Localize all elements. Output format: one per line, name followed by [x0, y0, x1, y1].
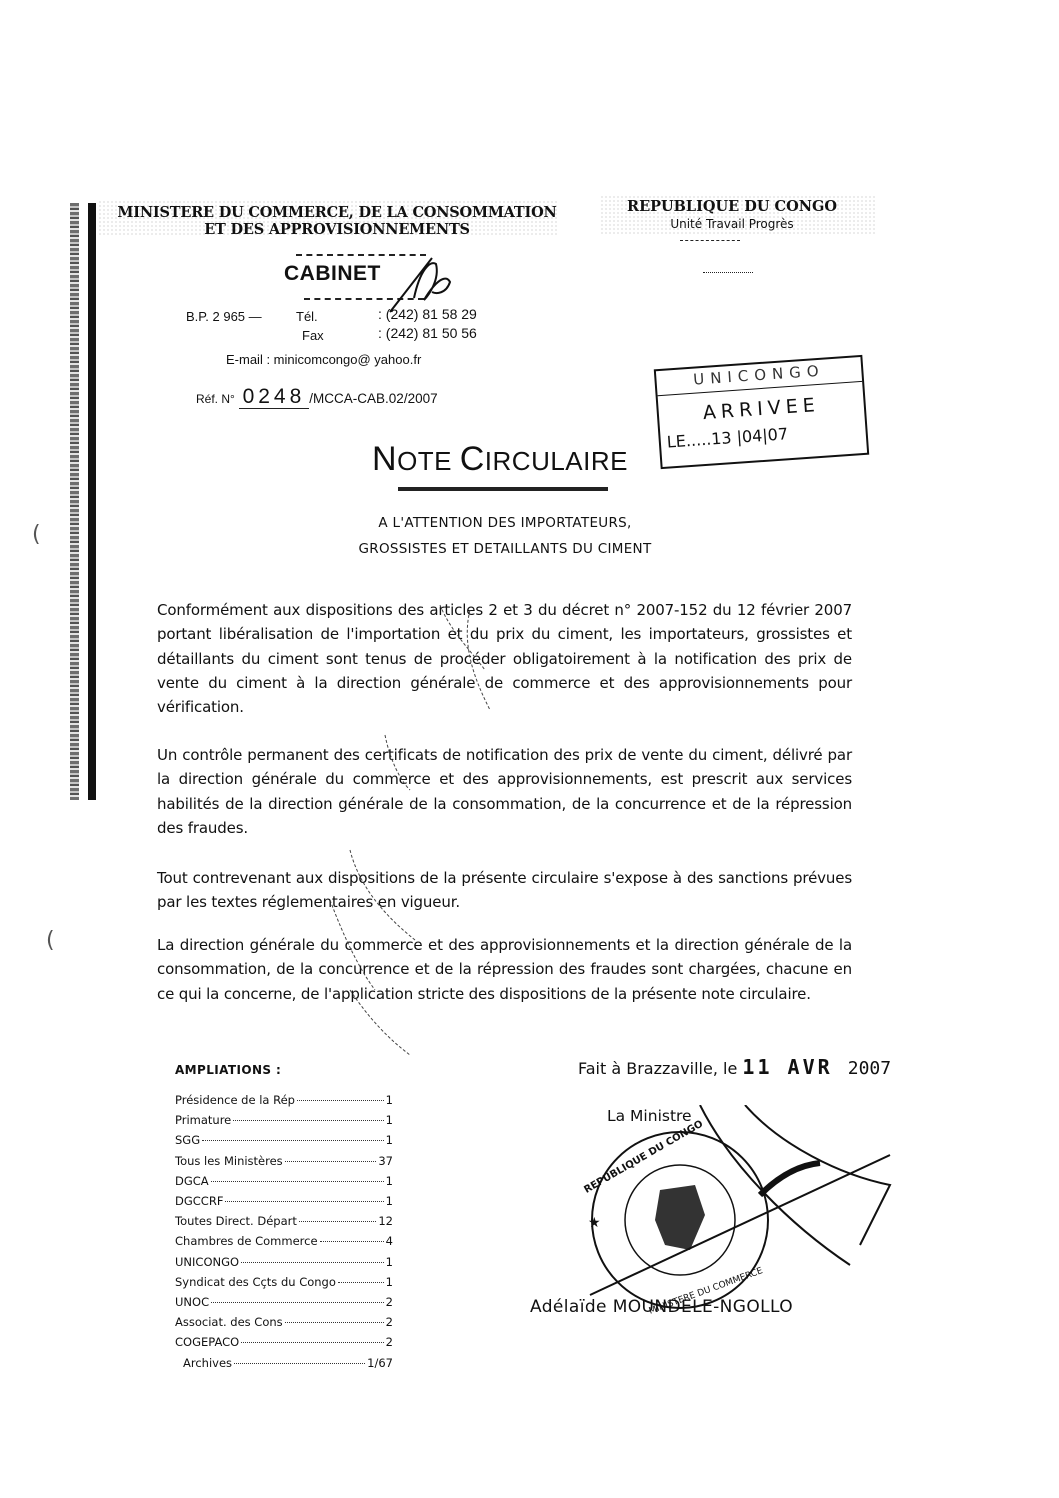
tel-label: Tél.	[296, 309, 318, 324]
ampliation-recipient: Chambres de Commerce	[175, 1231, 318, 1251]
ampliation-row: DGCA1	[175, 1171, 393, 1191]
ampliation-recipient: SGG	[175, 1130, 200, 1150]
ampliation-count: 1	[386, 1090, 393, 1110]
punch-hole-mark: (	[32, 522, 41, 547]
ampliation-recipient: Tous les Ministères	[175, 1151, 283, 1171]
leader-dots	[211, 1181, 384, 1182]
leader-dots	[285, 1322, 384, 1323]
fax-value: : (242) 81 50 56	[378, 325, 477, 341]
leader-dots	[234, 1363, 365, 1364]
svg-text:★: ★	[588, 1215, 601, 1231]
ampliation-row: Syndicat des Cçts du Congo1	[175, 1272, 393, 1292]
ampliation-row: SGG1	[175, 1130, 393, 1150]
attention-line-2: GROSSISTES ET DETAILLANTS DU CIMENT	[245, 536, 765, 562]
attention-line-1: A L'ATTENTION DES IMPORTATEURS,	[245, 510, 765, 536]
punch-hole-mark: (	[46, 928, 55, 953]
signing-year: 2007	[848, 1058, 891, 1079]
ministry-line-1: MINISTERE DU COMMERCE, DE LA CONSOMMATIO…	[112, 204, 562, 221]
republic-heading: REPUBLIQUE DU CONGO	[612, 199, 852, 215]
ampliation-recipient: Primature	[175, 1110, 231, 1130]
postal-box: B.P. 2 965 —	[186, 309, 262, 324]
ampliation-row: Archives1/67	[175, 1353, 393, 1373]
leader-dots	[241, 1262, 384, 1263]
svg-text:REPUBLIQUE DU CONGO: REPUBLIQUE DU CONGO	[582, 1119, 705, 1196]
ampliation-row: COGEPACO2	[175, 1332, 393, 1352]
motto-underline	[680, 240, 740, 241]
place-label: Fait à Brazzaville, le	[578, 1059, 737, 1078]
ampliation-count: 1	[386, 1191, 393, 1211]
title-initial-c: C	[460, 440, 485, 478]
place-date: Fait à Brazzaville, le 11 AVR 2007	[578, 1055, 891, 1079]
email-address: E-mail : minicomcongo@ yahoo.fr	[226, 352, 421, 367]
title-initial-n: N	[372, 440, 397, 478]
title-word-circulaire: IRCULAIRE	[485, 446, 628, 476]
ampliation-count: 1	[386, 1110, 393, 1130]
cabinet-label: CABINET	[284, 262, 381, 286]
ampliation-recipient: DGCCRF	[175, 1191, 223, 1211]
ampliation-count: 1	[386, 1171, 393, 1191]
ampliation-recipient: COGEPACO	[175, 1332, 239, 1352]
ampliation-recipient: Toutes Direct. Départ	[175, 1211, 297, 1231]
ampliation-recipient: Présidence de la Rép	[175, 1090, 295, 1110]
ampliation-recipient: Syndicat des Cçts du Congo	[175, 1272, 336, 1292]
scan-border-strip	[70, 203, 79, 800]
fax-label: Fax	[302, 328, 324, 343]
stamp-org: UNICONGO	[656, 359, 862, 396]
document-title: NOTE CIRCULAIRE	[300, 440, 700, 479]
ampliation-count: 1	[386, 1272, 393, 1292]
ampliation-row: Toutes Direct. Départ12	[175, 1211, 393, 1231]
ampliation-count: 37	[378, 1151, 393, 1171]
ref-prefix: Réf. N°	[196, 392, 235, 406]
title-underline	[398, 487, 608, 491]
ampliation-count: 1	[386, 1252, 393, 1272]
ampliation-count: 2	[386, 1312, 393, 1332]
leader-dots	[320, 1241, 384, 1242]
scan-border-bar	[88, 203, 96, 800]
ref-number: 0248	[239, 385, 310, 409]
ampliation-count: 1/67	[367, 1353, 393, 1373]
ampliation-recipient: Associat. des Cons	[175, 1312, 283, 1332]
ampliation-row: Présidence de la Rép1	[175, 1090, 393, 1110]
ministry-line-2: ET DES APPROVISIONNEMENTS	[112, 221, 562, 238]
ampliations-list: Présidence de la Rép1Primature1SGG1Tous …	[175, 1090, 393, 1373]
leader-dots	[241, 1342, 383, 1343]
ampliation-row: Chambres de Commerce4	[175, 1231, 393, 1251]
ref-suffix: /MCCA-CAB.02/2007	[309, 391, 437, 406]
ampliation-row: UNOC2	[175, 1292, 393, 1312]
leader-dots	[202, 1140, 384, 1141]
ampliations-title: AMPLIATIONS :	[175, 1063, 281, 1077]
ampliation-recipient: Archives	[183, 1353, 232, 1373]
ampliation-count: 12	[378, 1211, 393, 1231]
tel-value: : (242) 81 58 29	[378, 306, 477, 322]
ampliation-row: Tous les Ministères37	[175, 1151, 393, 1171]
leader-dots	[225, 1201, 383, 1202]
leader-dots	[338, 1282, 384, 1283]
leader-dots	[297, 1100, 384, 1101]
national-motto: Unité Travail Progrès	[612, 217, 852, 231]
ministry-heading: MINISTERE DU COMMERCE, DE LA CONSOMMATIO…	[112, 204, 562, 238]
ampliation-recipient: DGCA	[175, 1171, 209, 1191]
reference-number: Réf. N° 0248/MCCA-CAB.02/2007	[196, 385, 438, 409]
ampliation-count: 2	[386, 1332, 393, 1352]
attention-line: A L'ATTENTION DES IMPORTATEURS, GROSSIST…	[245, 510, 765, 562]
leader-dots	[211, 1302, 384, 1303]
ampliation-row: UNICONGO1	[175, 1252, 393, 1272]
handwritten-marks	[140, 590, 580, 1060]
ampliation-count: 1	[386, 1130, 393, 1150]
motto-ornament	[703, 272, 753, 273]
leader-dots	[299, 1221, 376, 1222]
ampliation-row: DGCCRF1	[175, 1191, 393, 1211]
ampliation-count: 4	[386, 1231, 393, 1251]
signing-date: 11 AVR	[742, 1055, 832, 1079]
leader-dots	[233, 1120, 383, 1121]
ampliation-recipient: UNOC	[175, 1292, 209, 1312]
leader-dots	[285, 1161, 377, 1162]
ampliation-row: Associat. des Cons2	[175, 1312, 393, 1332]
signatory-name: Adélaïde MOUNDELE-NGOLLO	[530, 1297, 793, 1317]
title-word-note: OTE	[397, 446, 460, 476]
ampliation-count: 2	[386, 1292, 393, 1312]
ampliation-row: Primature1	[175, 1110, 393, 1130]
ampliation-recipient: UNICONGO	[175, 1252, 239, 1272]
